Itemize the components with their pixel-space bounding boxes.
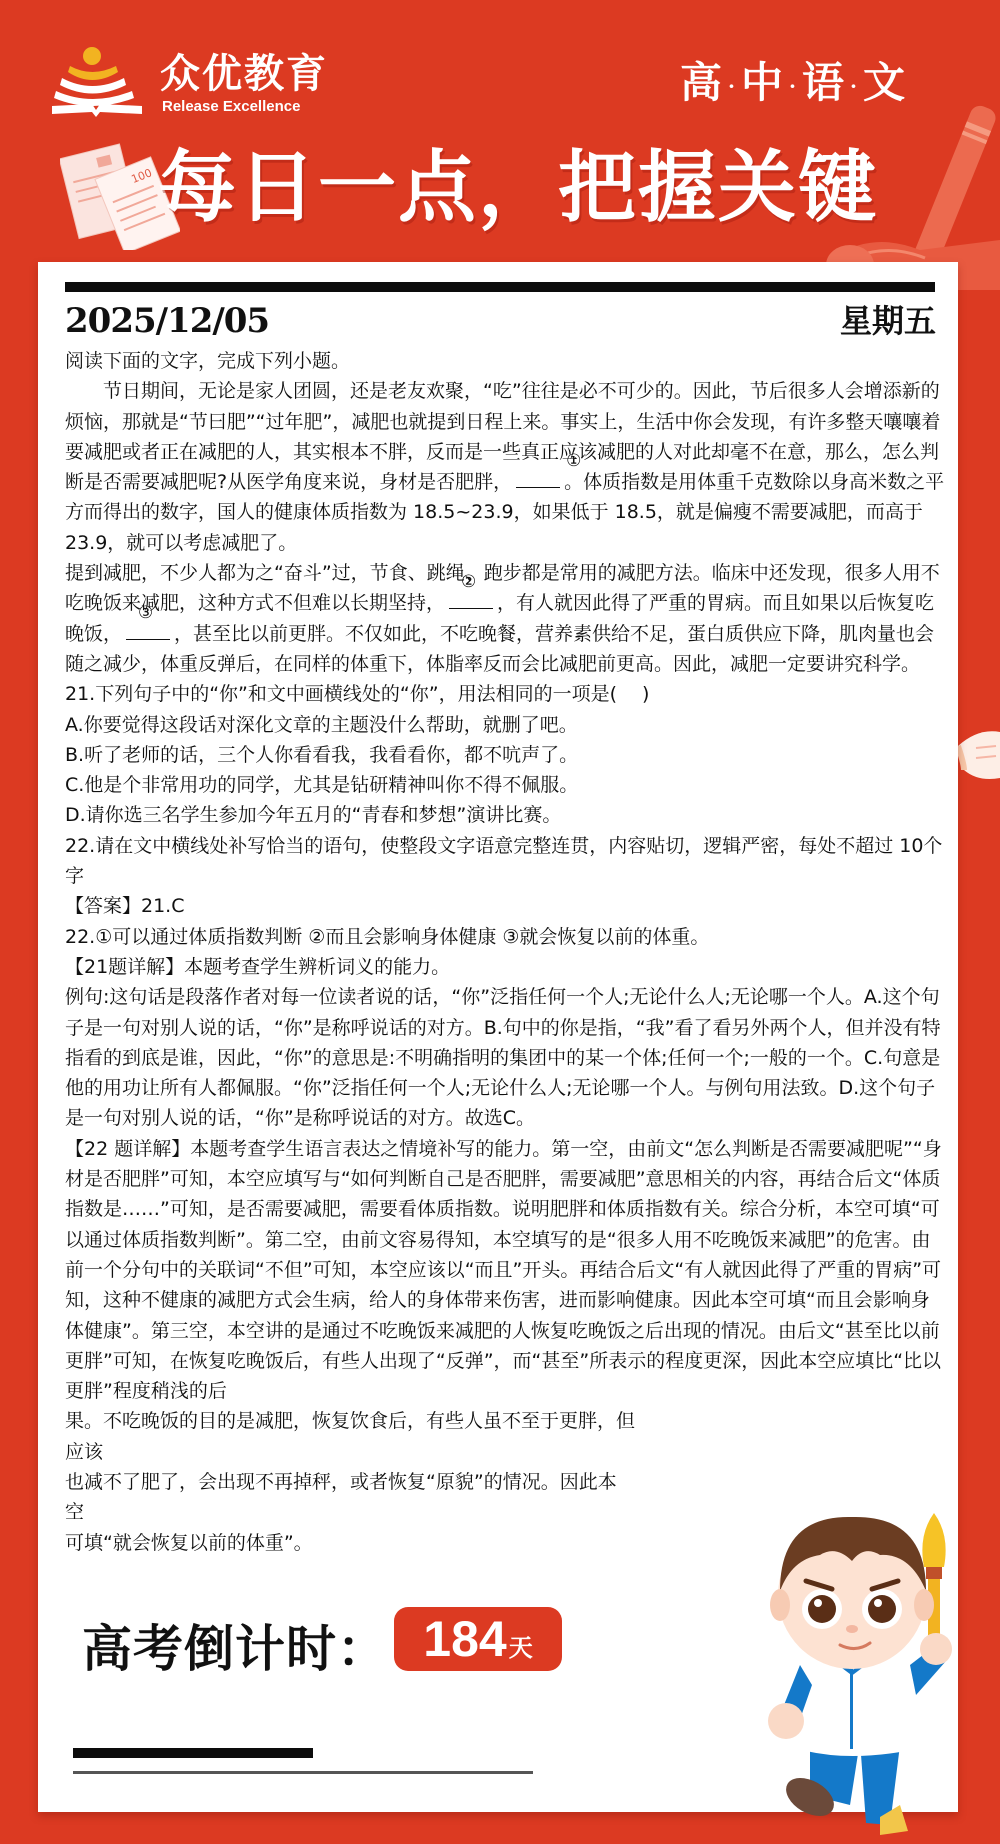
explanation-22-tail: 可填“就会恢复以前的体重”。 — [65, 1528, 635, 1558]
option-a: A.你要觉得这段话对深化文章的主题没什么帮助，就删了吧。 — [65, 710, 945, 740]
blank-2: ② — [449, 591, 493, 609]
bottom-thin-divider — [73, 1771, 533, 1774]
explanation-22-tail: 果。不吃晚饭的目的是减肥，恢复饮食后，有些人虽不至于更胖，但应该 — [65, 1406, 635, 1467]
question-21: 21.下列句子中的“你”和文中画横线处的“你”，用法相同的一项是( ) — [65, 679, 945, 709]
option-c: C.他是个非常用功的同学，尤其是钻研精神叫你不得不佩服。 — [65, 770, 945, 800]
paper-scroll-decoration-icon — [958, 718, 1000, 798]
explanation-21-title: 【21题详解】本题考查学生辨析词义的能力。 — [65, 952, 945, 982]
brand-logo: 众优教育 Release Excellence — [52, 44, 352, 118]
book-sun-logo-icon — [52, 44, 148, 118]
blank-number: ① — [528, 452, 581, 470]
passage-paragraph-1: 节日期间，无论是家人团圆，还是老友欢聚，“吃”往往是必不可少的。因此，节后很多人… — [65, 376, 945, 558]
brand-name-cn: 众优教育 — [160, 52, 328, 96]
blank-3: ③ — [126, 622, 170, 640]
countdown-unit: 天 — [509, 1634, 533, 1662]
separator-dot: · — [789, 74, 798, 98]
option-d: D.请你选三名学生参加今年五月的“青春和梦想”演讲比赛。 — [65, 800, 945, 830]
blank-number: ③ — [138, 604, 153, 622]
subject-char: 中 — [741, 58, 785, 107]
slogan-title: 每日一点，把握关键 — [158, 140, 878, 236]
article-content: 阅读下面的文字，完成下列小题。 节日期间，无论是家人团圆，还是老友欢聚，“吃”往… — [65, 346, 945, 1558]
brand-name-en: Release Excellence — [162, 98, 300, 116]
blank-1: ① — [516, 470, 560, 488]
question-22: 22.请在文中横线处补写恰当的语句，使整段文字语意完整连贯，内容贴切，逻辑严密，… — [65, 831, 945, 892]
weekday-label: 星期五 — [840, 298, 936, 344]
countdown-label: 高考倒计时： — [82, 1617, 388, 1681]
separator-dot: · — [728, 74, 737, 98]
blank-number: ② — [461, 573, 476, 591]
passage-paragraph-2: 提到减肥，不少人都为之“奋斗”过，节食、跳绳、跑步都是常用的减肥方法。临床中还发… — [65, 558, 945, 679]
explanation-21-body: 例句:这句话是段落作者对每一位读者说的话，“你”泛指任何一个人;无论什么人;无论… — [65, 982, 945, 1133]
brush-and-scroll-decoration-icon — [810, 90, 1000, 290]
answer-22: 22.①可以通过体质指数判断 ②而且会影响身体健康 ③就会恢复以前的体重。 — [65, 922, 945, 952]
student-mascot-icon — [740, 1505, 960, 1835]
option-b: B.听了老师的话，三个人你看看我，我看看你，都不吭声了。 — [65, 740, 945, 770]
passage-text: ，甚至比以前更胖。不仅如此，不吃晚餐，营养素供给不足，蛋白质供应下降，肌肉量也会… — [65, 623, 934, 675]
explanation-22-body: 【22 题详解】本题考查学生语言表达之情境补写的能力。第一空，由前文“怎么判断是… — [65, 1134, 945, 1407]
subject-char: 高 — [680, 58, 724, 107]
bottom-thick-divider — [73, 1748, 313, 1758]
date-label: 2025/12/05 — [65, 298, 269, 344]
top-divider — [65, 282, 935, 292]
countdown-days: 184 — [423, 1611, 506, 1667]
countdown-badge: 184天 — [394, 1607, 562, 1671]
explanation-22-tail: 也减不了肥了，会出现不再掉秤，或者恢复“原貌”的情况。因此本空 — [65, 1467, 635, 1528]
instruction-text: 阅读下面的文字，完成下列小题。 — [65, 346, 945, 376]
answer-label: 【答案】21.C — [65, 891, 945, 921]
